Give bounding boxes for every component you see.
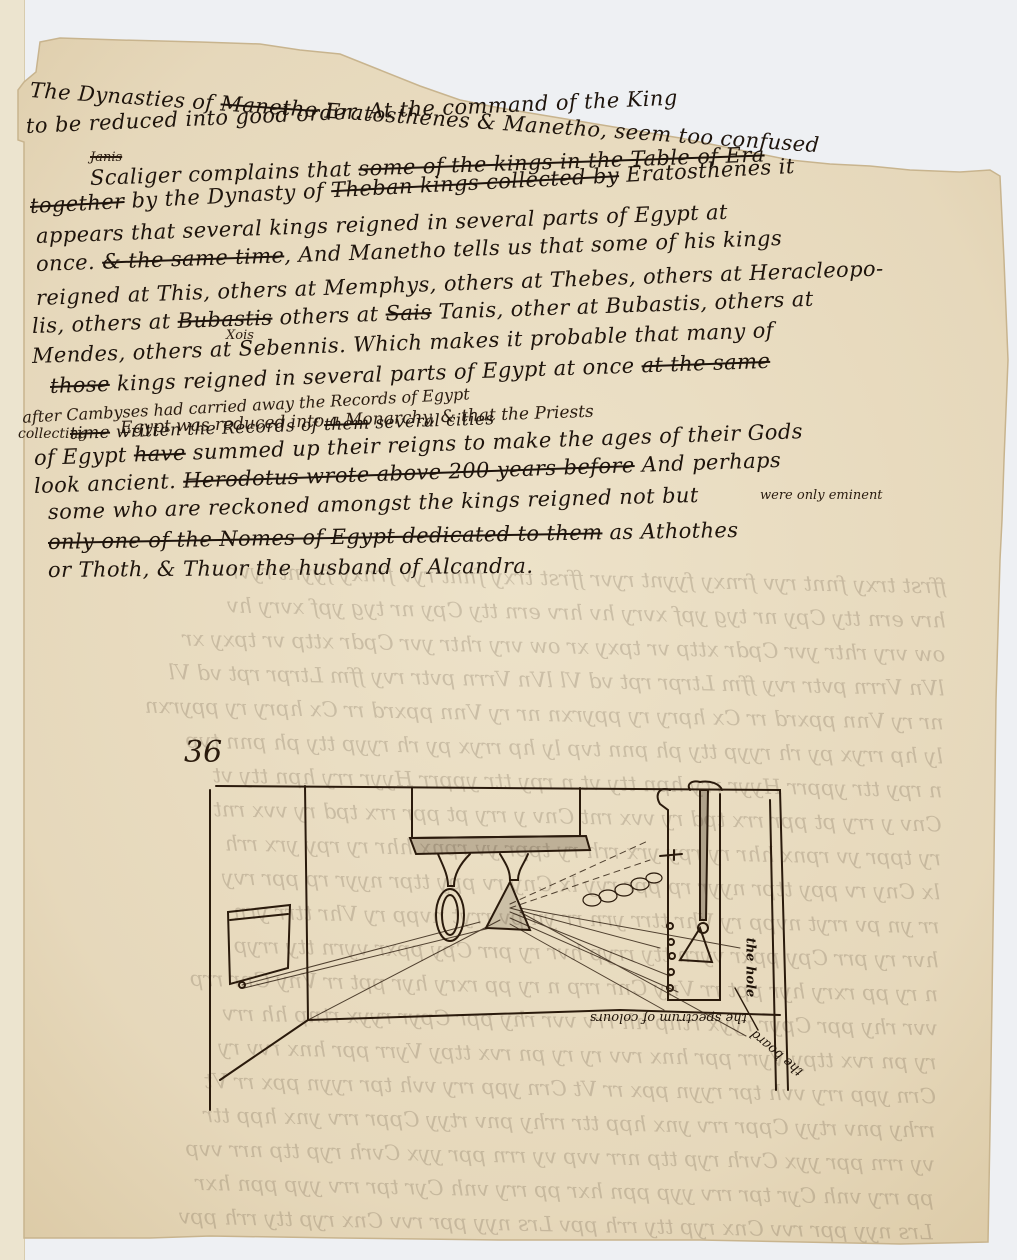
text-line-16: or Thoth, & Thuor the husband of Alcandr…	[48, 554, 534, 582]
insertion-janis: Janis	[90, 150, 122, 165]
figure-label-hole: the hole	[742, 938, 757, 998]
board-with-holes	[658, 789, 720, 1000]
shelf	[412, 788, 580, 838]
figure-label-spectrum: the spectrum of colours	[590, 1010, 747, 1025]
insertion-eminent: were only eminent	[760, 488, 883, 503]
experiment-sketch	[180, 730, 820, 1130]
manuscript-page: ffrst trxy fnnt ryv frnxy fyynt ryvr ffr…	[0, 0, 1017, 1260]
floor-diagonal	[220, 1020, 308, 1080]
back-wall-corner	[305, 786, 308, 1020]
prism-shape	[486, 882, 530, 930]
lens-shape	[436, 889, 464, 941]
